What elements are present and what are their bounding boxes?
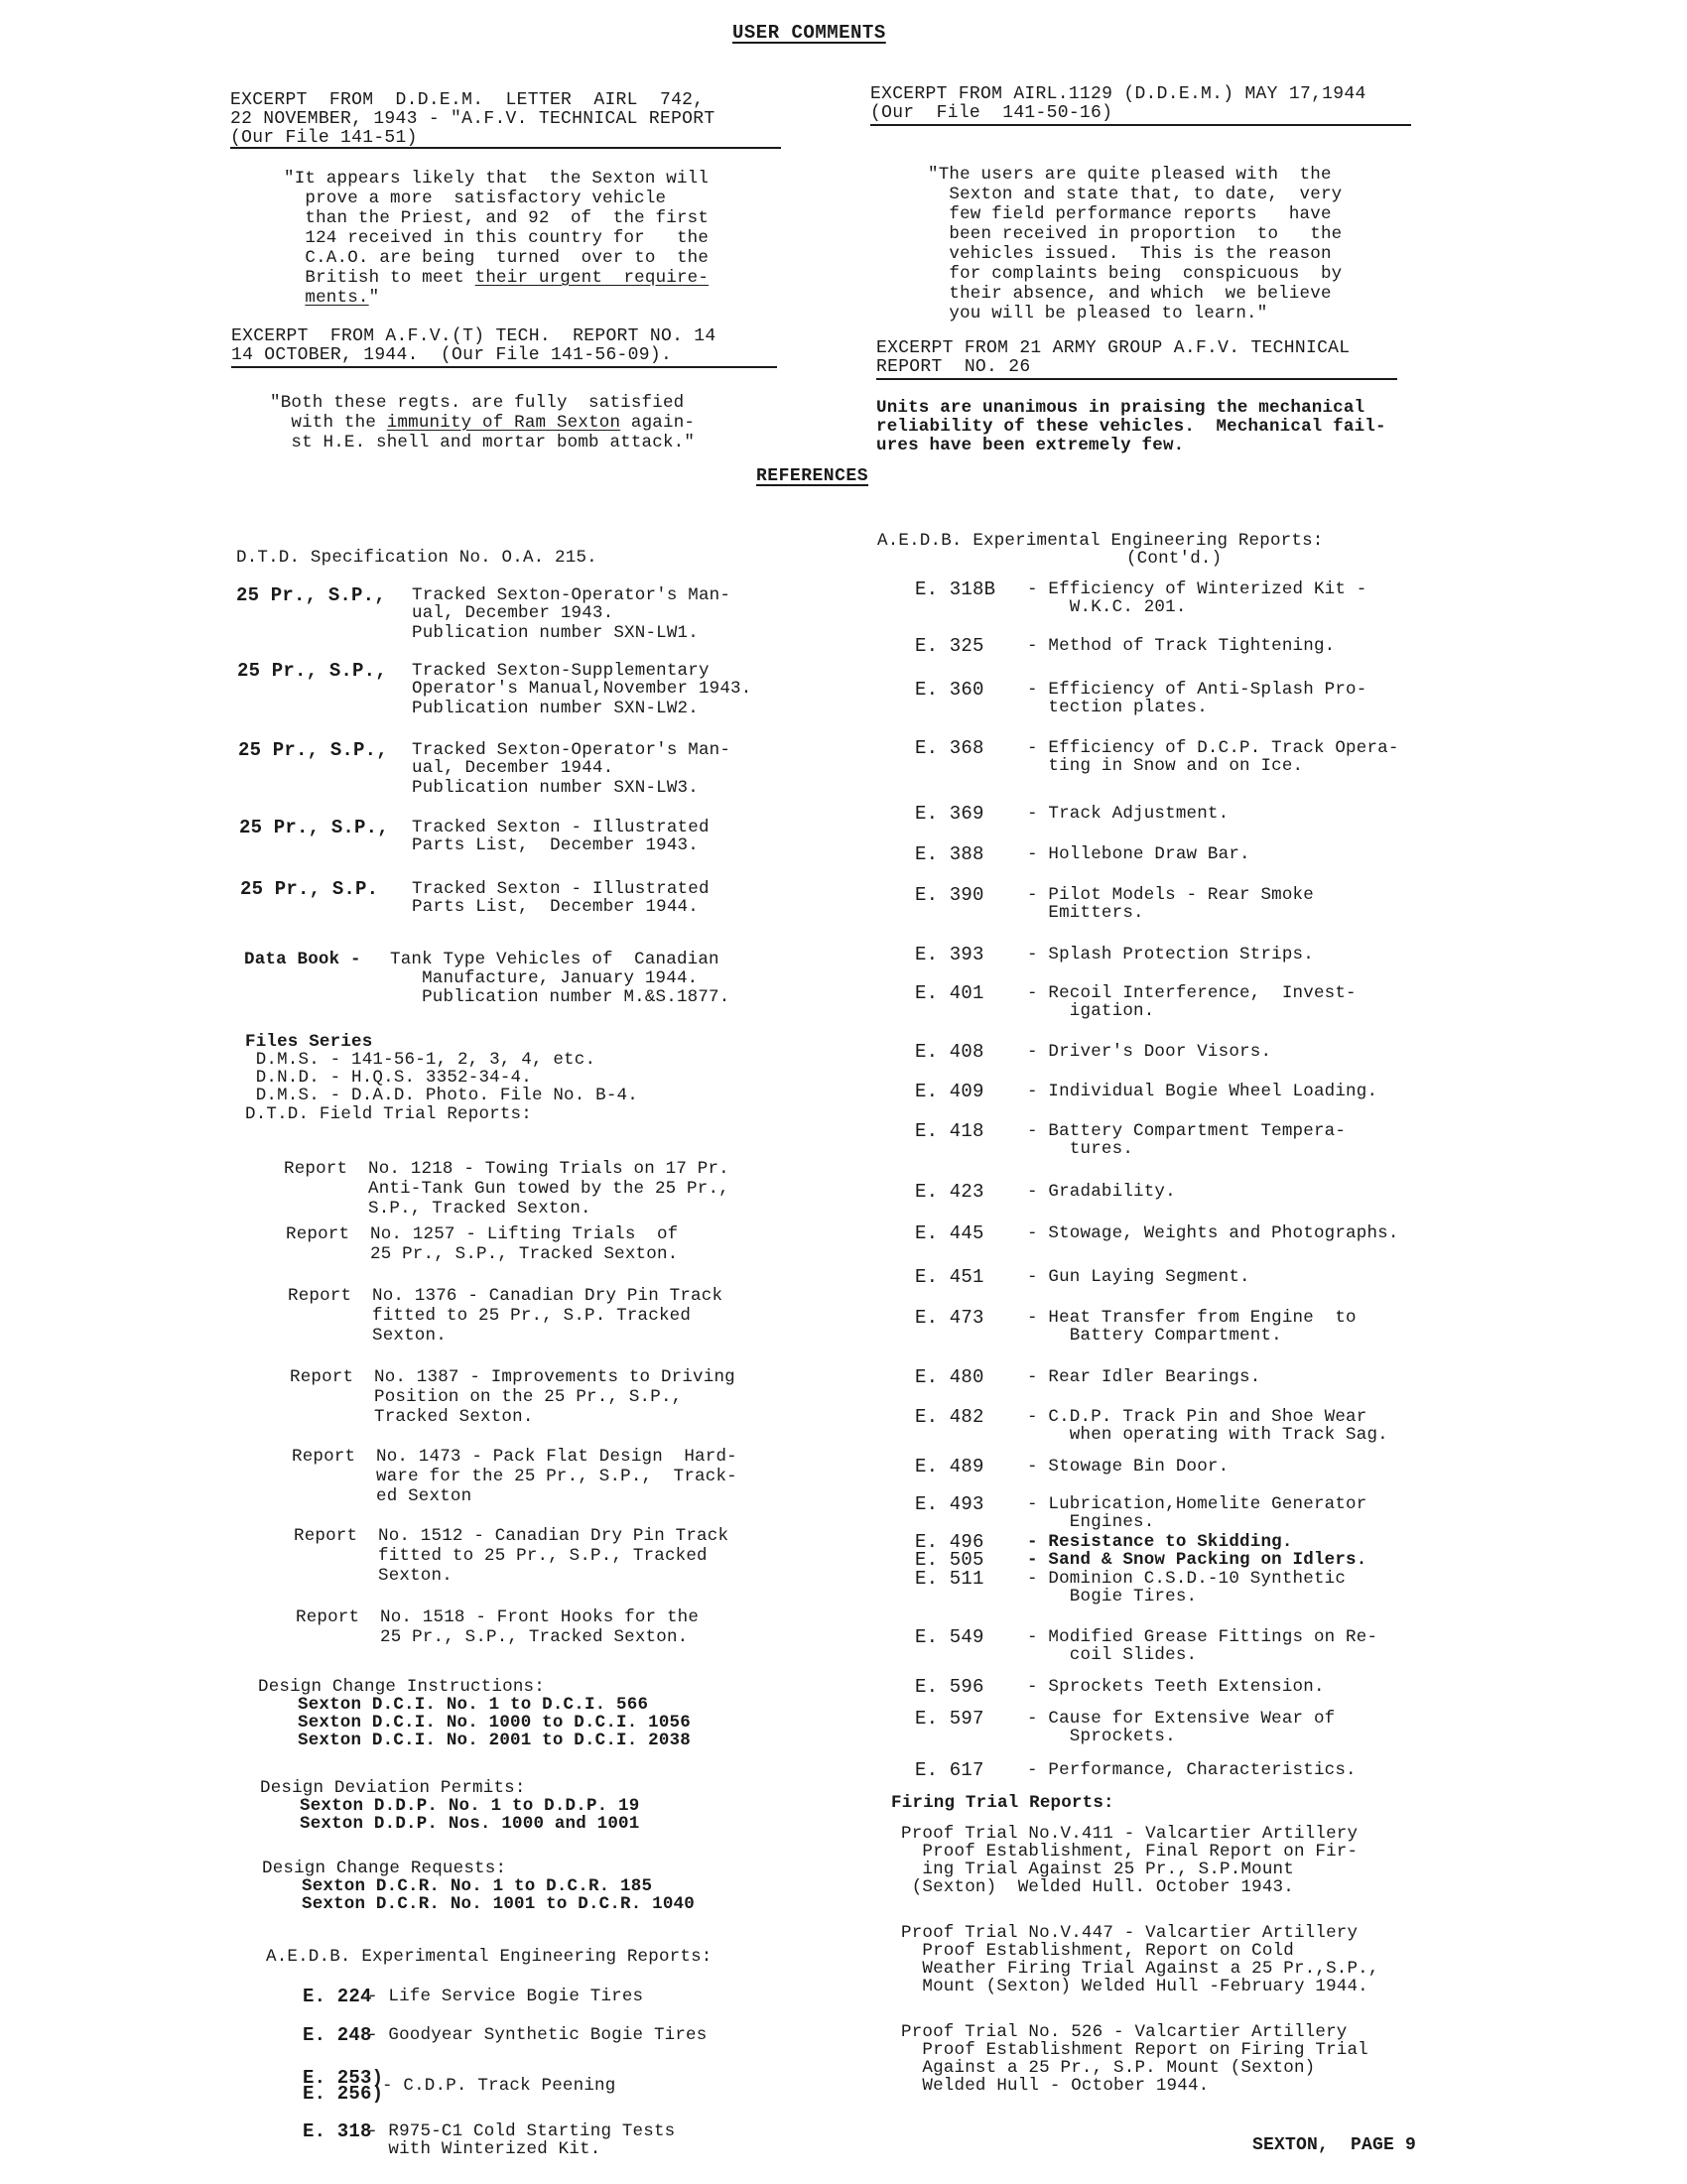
excerpt-quote-line: st H.E. shell and mortar bomb attack." bbox=[270, 433, 695, 452]
dcr-line: Sexton D.C.R. No. 1 to D.C.R. 185 bbox=[302, 1876, 652, 1896]
firing-line: Weather Firing Trial Against a 25 Pr.,S.… bbox=[901, 1959, 1379, 1979]
excerpt-heading: EXCERPT FROM A.F.V.(T) TECH. REPORT NO. … bbox=[231, 327, 715, 346]
dci-title: Design Change Instructions: bbox=[258, 1677, 545, 1697]
report-line: 25 Pr., S.P., Tracked Sexton. bbox=[380, 1627, 688, 1647]
excerpt-quote-line: been received in proportion to the bbox=[928, 224, 1342, 244]
aedb-line: - Stowage, Weights and Photographs. bbox=[1027, 1223, 1399, 1243]
manual-line: Publication number SXN-LW3. bbox=[412, 778, 699, 798]
databook-line: Publication number M.&S.1877. bbox=[390, 987, 729, 1007]
excerpt-quote-line: C.A.O. are being turned over to the bbox=[284, 248, 709, 268]
dcr-title: Design Change Requests: bbox=[262, 1859, 506, 1878]
report-line: No. 1473 - Pack Flat Design Hard- bbox=[376, 1447, 737, 1467]
aedb-line: - Life Service Bogie Tires bbox=[367, 1987, 643, 2006]
manual-line: Publication number SXN-LW1. bbox=[412, 623, 699, 643]
excerpt-quote-line: vehicles issued. This is the reason bbox=[928, 244, 1332, 264]
manual-line: Publication number SXN-LW2. bbox=[412, 699, 699, 718]
databook-prefix: Data Book - bbox=[244, 950, 361, 969]
aedb-line: coil Slides. bbox=[1027, 1645, 1197, 1665]
manual-line: Tracked Sexton-Supplementary bbox=[412, 661, 710, 681]
report-line: Position on the 25 Pr., S.P., bbox=[374, 1387, 682, 1407]
aedb-title: A.E.D.B. Experimental Engineering Report… bbox=[877, 531, 1323, 551]
aedb-line: - Gun Laying Segment. bbox=[1027, 1267, 1250, 1287]
report-prefix: Report bbox=[294, 1526, 357, 1546]
manual-prefix: 25 Pr., S.P., bbox=[236, 585, 386, 605]
report-line: No. 1257 - Lifting Trials of bbox=[370, 1224, 678, 1244]
aedb-number: E. 256) bbox=[303, 2084, 383, 2104]
manual-line: Tracked Sexton-Operator's Man- bbox=[412, 585, 730, 605]
manual-line: ual, December 1944. bbox=[412, 758, 613, 778]
underlined-phrase: ments. bbox=[305, 288, 368, 308]
aedb-number: E. 325 bbox=[915, 636, 984, 656]
report-line: 25 Pr., S.P., Tracked Sexton. bbox=[370, 1244, 678, 1264]
aedb-number: E. 617 bbox=[915, 1760, 984, 1780]
heading-underline bbox=[231, 366, 777, 368]
aedb-line: - R975-C1 Cold Starting Tests bbox=[367, 2121, 675, 2141]
excerpt-quote-line: "Both these regts. are fully satisfied bbox=[270, 393, 684, 413]
excerpt-quote-line: for complaints being conspicuous by bbox=[928, 264, 1342, 284]
aedb-line: - Sprockets Teeth Extension. bbox=[1027, 1677, 1325, 1697]
excerpt-heading: REPORT NO. 26 bbox=[876, 358, 1030, 377]
heading-underline bbox=[230, 147, 781, 149]
report-line: No. 1518 - Front Hooks for the bbox=[380, 1607, 699, 1627]
report-line: No. 1218 - Towing Trials on 17 Pr. bbox=[368, 1159, 729, 1179]
firing-line: ing Trial Against 25 Pr., S.P.Mount bbox=[901, 1860, 1294, 1879]
aedb-line: - Efficiency of Anti-Splash Pro- bbox=[1027, 680, 1366, 700]
excerpt-quote-line: "The users are quite pleased with the bbox=[928, 165, 1332, 185]
aedb-line: - Rear Idler Bearings. bbox=[1027, 1367, 1260, 1387]
ddp-title: Design Deviation Permits: bbox=[260, 1778, 526, 1798]
ddp-line: Sexton D.D.P. Nos. 1000 and 1001 bbox=[300, 1814, 639, 1834]
aedb-number: E. 224 bbox=[303, 1987, 372, 2006]
manual-line: ual, December 1943. bbox=[412, 603, 613, 623]
aedb-number: E. 480 bbox=[915, 1367, 984, 1387]
report-prefix: Report bbox=[296, 1607, 359, 1627]
aedb-line: Battery Compartment. bbox=[1027, 1326, 1282, 1346]
heading-underline bbox=[876, 378, 1397, 380]
aedb-title: A.E.D.B. Experimental Engineering Report… bbox=[266, 1947, 712, 1967]
aedb-number: E. 368 bbox=[915, 738, 984, 758]
manual-line: Operator's Manual,November 1943. bbox=[412, 679, 751, 699]
aedb-line: - Resistance to Skidding. bbox=[1027, 1532, 1293, 1552]
aedb-line: Sprockets. bbox=[1027, 1727, 1176, 1746]
aedb-number: E. 248 bbox=[303, 2025, 372, 2045]
aedb-line: - Cause for Extensive Wear of bbox=[1027, 1709, 1335, 1729]
firing-line: Proof Trial No.V.411 - Valcartier Artill… bbox=[901, 1824, 1358, 1844]
aedb-line: tection plates. bbox=[1027, 698, 1208, 717]
firing-line: Proof Establishment, Final Report on Fir… bbox=[901, 1842, 1358, 1862]
manual-prefix: 25 Pr., S.P., bbox=[239, 818, 389, 837]
dci-line: Sexton D.C.I. No. 1000 to D.C.I. 1056 bbox=[298, 1713, 691, 1733]
report-line: No. 1376 - Canadian Dry Pin Track bbox=[372, 1286, 722, 1306]
dcr-line: Sexton D.C.R. No. 1001 to D.C.R. 1040 bbox=[302, 1894, 695, 1914]
report-line: No. 1387 - Improvements to Driving bbox=[374, 1367, 735, 1387]
aedb-line: - Individual Bogie Wheel Loading. bbox=[1027, 1082, 1377, 1101]
manual-prefix: 25 Pr., S.P., bbox=[238, 740, 388, 760]
report-line: S.P., Tracked Sexton. bbox=[368, 1199, 591, 1219]
ddp-line: Sexton D.D.P. No. 1 to D.D.P. 19 bbox=[300, 1796, 639, 1816]
report-line: Anti-Tank Gun towed by the 25 Pr., bbox=[368, 1179, 729, 1199]
aedb-number: E. 445 bbox=[915, 1223, 984, 1243]
aedb-number: E. 393 bbox=[915, 945, 984, 964]
aedb-number: E. 489 bbox=[915, 1457, 984, 1477]
firing-line: Against a 25 Pr., S.P. Mount (Sexton) bbox=[901, 2058, 1315, 2078]
excerpt-heading: (Our File 141-51) bbox=[230, 129, 418, 148]
aedb-title-contd: (Cont'd.) bbox=[1126, 549, 1222, 569]
aedb-number: E. 409 bbox=[915, 1082, 984, 1101]
aedb-line: - Gradability. bbox=[1027, 1182, 1176, 1202]
reference-spec: D.T.D. Specification No. O.A. 215. bbox=[236, 548, 597, 568]
aedb-line: - Recoil Interference, Invest- bbox=[1027, 983, 1357, 1003]
manual-prefix: 25 Pr., S.P., bbox=[237, 661, 387, 681]
references-title: REFERENCES bbox=[756, 466, 868, 486]
aedb-line: tures. bbox=[1027, 1139, 1133, 1159]
report-line: No. 1512 - Canadian Dry Pin Track bbox=[378, 1526, 728, 1546]
excerpt-quote-line: Sexton and state that, to date, very bbox=[928, 185, 1342, 204]
files-series-line: D.N.D. - H.Q.S. 3352-34-4. bbox=[245, 1068, 532, 1088]
aedb-number: E. 401 bbox=[915, 983, 984, 1003]
aedb-number: E. 390 bbox=[915, 885, 984, 905]
excerpt-heading: EXCERPT FROM D.D.E.M. LETTER AIRL 742, bbox=[230, 91, 704, 110]
dci-line: Sexton D.C.I. No. 2001 to D.C.I. 2038 bbox=[298, 1731, 691, 1750]
report-prefix: Report bbox=[288, 1286, 351, 1306]
page-footer: SEXTON, PAGE 9 bbox=[1252, 2135, 1416, 2155]
aedb-line: Engines. bbox=[1027, 1512, 1154, 1532]
firing-line: (Sexton) Welded Hull. October 1943. bbox=[901, 1877, 1294, 1897]
aedb-number: E. 482 bbox=[915, 1407, 984, 1427]
excerpt-heading: 14 OCTOBER, 1944. (Our File 141-56-09). bbox=[231, 346, 672, 365]
excerpt-body-line: Units are unanimous in praising the mech… bbox=[876, 398, 1364, 418]
aedb-number: E. 511 bbox=[915, 1569, 984, 1589]
report-line: Sexton. bbox=[378, 1566, 453, 1586]
aedb-line: Emitters. bbox=[1027, 903, 1144, 923]
aedb-line: - Modified Grease Fittings on Re- bbox=[1027, 1627, 1377, 1647]
report-line: fitted to 25 Pr., S.P., Tracked bbox=[378, 1546, 708, 1566]
page-title: USER COMMENTS bbox=[732, 22, 886, 44]
aedb-line: - C.D.P. Track Peening bbox=[382, 2076, 615, 2096]
files-series-line: D.M.S. - D.A.D. Photo. File No. B-4. bbox=[245, 1086, 638, 1105]
underlined-phrase: immunity of Ram Sexton bbox=[387, 413, 620, 433]
aedb-number: E. 408 bbox=[915, 1042, 984, 1062]
aedb-line: - Stowage Bin Door. bbox=[1027, 1457, 1229, 1477]
manual-line: Parts List, December 1943. bbox=[412, 835, 699, 855]
aedb-line: - Heat Transfer from Engine to bbox=[1027, 1308, 1357, 1328]
firing-title: Firing Trial Reports: bbox=[891, 1793, 1114, 1813]
aedb-number: E. 451 bbox=[915, 1267, 984, 1287]
databook-line: Tank Type Vehicles of Canadian bbox=[390, 950, 719, 969]
aedb-line: - Track Adjustment. bbox=[1027, 804, 1229, 824]
aedb-line: ting in Snow and on Ice. bbox=[1027, 756, 1303, 776]
aedb-number: E. 318 bbox=[303, 2121, 372, 2141]
firing-line: Proof Trial No.V.447 - Valcartier Artill… bbox=[901, 1923, 1358, 1943]
aedb-line: - Battery Compartment Tempera- bbox=[1027, 1121, 1346, 1141]
report-line: ware for the 25 Pr., S.P., Track- bbox=[376, 1467, 737, 1486]
aedb-number: E. 369 bbox=[915, 804, 984, 824]
manual-line: Tracked Sexton - Illustrated bbox=[412, 818, 710, 837]
excerpt-quote-line: you will be pleased to learn." bbox=[928, 304, 1267, 323]
aedb-number: E. 360 bbox=[915, 680, 984, 700]
excerpt-quote-line: than the Priest, and 92 of the first bbox=[284, 208, 709, 228]
excerpt-quote-line: 124 received in this country for the bbox=[284, 228, 709, 248]
aedb-line: when operating with Track Sag. bbox=[1027, 1425, 1388, 1445]
aedb-number: E. 388 bbox=[915, 844, 984, 864]
firing-line: Welded Hull - October 1944. bbox=[901, 2076, 1209, 2096]
excerpt-heading: (Our File 141-50-16) bbox=[870, 104, 1112, 123]
report-line: Sexton. bbox=[372, 1326, 447, 1346]
aedb-line: - Sand & Snow Packing on Idlers. bbox=[1027, 1550, 1366, 1570]
manual-prefix: 25 Pr., S.P. bbox=[240, 879, 378, 899]
aedb-number: E. 493 bbox=[915, 1494, 984, 1514]
aedb-line: - Driver's Door Visors. bbox=[1027, 1042, 1271, 1062]
report-line: fitted to 25 Pr., S.P. Tracked bbox=[372, 1306, 691, 1326]
firing-line: Mount (Sexton) Welded Hull -February 194… bbox=[901, 1977, 1368, 1996]
report-prefix: Report bbox=[286, 1224, 349, 1244]
aedb-number: E. 418 bbox=[915, 1121, 984, 1141]
aedb-line: - Efficiency of D.C.P. Track Opera- bbox=[1027, 738, 1399, 758]
aedb-line: - Splash Protection Strips. bbox=[1027, 945, 1314, 964]
excerpt-quote-line: with the immunity of Ram Sexton again- bbox=[270, 413, 695, 433]
files-series-line: D.M.S. - 141-56-1, 2, 3, 4, etc. bbox=[245, 1050, 595, 1070]
excerpt-quote-line: "It appears likely that the Sexton will bbox=[284, 169, 709, 189]
aedb-number: E. 423 bbox=[915, 1182, 984, 1202]
aedb-line: Bogie Tires. bbox=[1027, 1587, 1197, 1606]
firing-line: Proof Trial No. 526 - Valcartier Artille… bbox=[901, 2022, 1347, 2042]
report-prefix: Report bbox=[292, 1447, 355, 1467]
excerpt-heading: EXCERPT FROM 21 ARMY GROUP A.F.V. TECHNI… bbox=[876, 339, 1350, 358]
report-line: ed Sexton bbox=[376, 1486, 471, 1506]
aedb-line: igation. bbox=[1027, 1001, 1154, 1021]
manual-line: Parts List, December 1944. bbox=[412, 897, 699, 917]
firing-line: Proof Establishment Report on Firing Tri… bbox=[901, 2040, 1368, 2060]
excerpt-quote-line: British to meet their urgent require- bbox=[284, 268, 709, 288]
report-prefix: Report bbox=[290, 1367, 353, 1387]
aedb-line: - Method of Track Tightening. bbox=[1027, 636, 1335, 656]
firing-line: Proof Establishment, Report on Cold bbox=[901, 1941, 1294, 1961]
databook-line: Manufacture, January 1944. bbox=[390, 968, 698, 988]
aedb-number: E. 505 bbox=[915, 1550, 984, 1570]
heading-underline bbox=[870, 124, 1411, 126]
excerpt-quote-line: their absence, and which we believe bbox=[928, 284, 1332, 304]
manual-line: Tracked Sexton - Illustrated bbox=[412, 879, 710, 899]
aedb-line: - C.D.P. Track Pin and Shoe Wear bbox=[1027, 1407, 1366, 1427]
field-trials-title: D.T.D. Field Trial Reports: bbox=[245, 1104, 532, 1124]
aedb-number: E. 318B bbox=[915, 579, 995, 599]
aedb-line: - Dominion C.S.D.-10 Synthetic bbox=[1027, 1569, 1346, 1589]
excerpt-body-line: ures have been extremely few. bbox=[876, 436, 1184, 455]
aedb-line: with Winterized Kit. bbox=[367, 2139, 600, 2159]
aedb-number: E. 473 bbox=[915, 1308, 984, 1328]
excerpt-quote-line: few field performance reports have bbox=[928, 204, 1332, 224]
aedb-line: - Performance, Characteristics. bbox=[1027, 1760, 1357, 1780]
aedb-number: E. 549 bbox=[915, 1627, 984, 1647]
aedb-line: - Lubrication,Homelite Generator bbox=[1027, 1494, 1366, 1514]
aedb-line: W.K.C. 201. bbox=[1027, 597, 1187, 617]
excerpt-heading: 22 NOVEMBER, 1943 - "A.F.V. TECHNICAL RE… bbox=[230, 110, 714, 129]
aedb-number: E. 597 bbox=[915, 1709, 984, 1729]
files-series-title: Files Series bbox=[245, 1032, 372, 1052]
excerpt-quote-line: prove a more satisfactory vehicle bbox=[284, 189, 666, 208]
aedb-line: - Hollebone Draw Bar. bbox=[1027, 844, 1250, 864]
aedb-line: - Pilot Models - Rear Smoke bbox=[1027, 885, 1314, 905]
manual-line: Tracked Sexton-Operator's Man- bbox=[412, 740, 730, 760]
excerpt-body-line: reliability of these vehicles. Mechanica… bbox=[876, 417, 1386, 437]
aedb-line: - Goodyear Synthetic Bogie Tires bbox=[367, 2025, 707, 2045]
underlined-phrase: their urgent require- bbox=[475, 268, 709, 288]
report-prefix: Report bbox=[284, 1159, 347, 1179]
excerpt-quote-line: ments." bbox=[284, 288, 379, 308]
aedb-number: E. 596 bbox=[915, 1677, 984, 1697]
aedb-line: - Efficiency of Winterized Kit - bbox=[1027, 579, 1366, 599]
report-line: Tracked Sexton. bbox=[374, 1407, 534, 1427]
excerpt-heading: EXCERPT FROM AIRL.1129 (D.D.E.M.) MAY 17… bbox=[870, 85, 1366, 104]
dci-line: Sexton D.C.I. No. 1 to D.C.I. 566 bbox=[298, 1695, 648, 1715]
